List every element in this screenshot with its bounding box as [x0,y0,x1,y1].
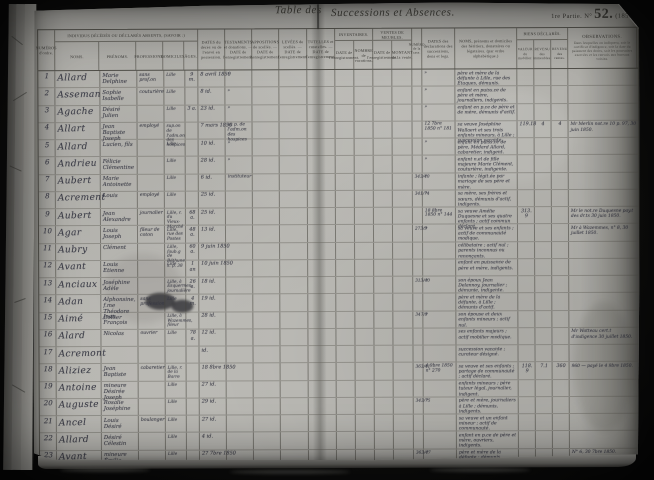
header-appositions: APPOSITIONS de scellés. — DATE de l'enre… [252,29,279,69]
cell-num: 13 [39,278,56,294]
cell-prof: couturière [137,88,164,104]
cell-test [226,260,253,276]
cell-decl [423,259,456,275]
cell-age [186,157,199,173]
cell-decl [423,242,456,258]
cell-case: 347∕9 [413,311,423,327]
cell-appo [252,105,279,121]
cell-obs: Mr à Wazemmes, n° 8, 30 juillet 1850. [569,224,638,241]
cell-ven_d [375,467,394,480]
cell-lev [279,87,307,103]
cell-inv_n [355,173,374,189]
cell-nom: Andrieu [56,157,101,173]
cell-dd: 28 id. [199,312,226,328]
cell-nom: Allart [56,123,101,139]
cell-lev [280,139,308,155]
cell-case: 343∕40 [413,173,423,189]
cell-her: père et mère, journaliers à Lille ; dému… [457,397,519,414]
cell-dom: Lille [165,260,186,276]
cell-lev [280,156,308,172]
cell-inv_n [355,346,374,362]
cell-appo [253,329,280,345]
header-biens-rentes: REVENU des rentes. [551,40,568,68]
cell-tut [308,277,336,293]
cell-inv_d [336,156,355,172]
cell-ven_m [393,259,413,275]
cell-b3 [552,207,569,223]
cell-dom: sup.on de l'adm.on des hospices [165,122,186,138]
cell-dom: Lille [165,191,186,207]
cell-ven_d [375,432,394,448]
cell-age [186,191,199,207]
cell-decl [424,380,457,396]
cell-b3 [551,103,568,119]
cell-dd: 10 id. [199,139,226,155]
cell-decl [423,345,456,361]
cell-test: » [225,88,252,104]
cell-decl: 4 9bre 1850 n° 270 [424,363,457,379]
cell-prof: sans profession [138,295,165,311]
cell-inv_d [336,242,355,258]
cell-dd: id. [199,346,226,362]
cell-b1 [518,224,535,240]
cell-b3 [552,172,569,188]
cell-num: 19 [40,382,57,398]
cell-appo [254,398,281,414]
cell-lev [280,225,308,241]
cell-b3 [551,69,568,85]
cell-prof [137,105,164,121]
cell-pre: Nicolas [101,330,138,346]
cell-test [226,295,253,311]
cell-case [412,104,422,120]
group-individus-label: INDIVIDUS DÉCÉDÉS OU DÉCLARÉS ABSENTS, (… [55,30,197,43]
cell-b2 [535,328,552,344]
cell-b1 [517,86,534,102]
cell-b3 [553,397,570,413]
part-year: (1857.) [615,13,637,20]
cell-her: sa veuve et ses enfants ; actif de commu… [456,224,518,241]
cell-her: son épouse et deux enfants mineurs ; act… [456,311,518,328]
cell-b2 [536,380,553,396]
cell-nom: Ancel [57,416,102,432]
cell-inv_d [336,329,355,345]
scanned-register-page: Table des Successions et Absences. 1re P… [0,0,654,480]
cell-ven_m [393,208,413,224]
cell-prof: fileur de coton [138,226,165,242]
cell-nom: Aubry [56,244,101,260]
cell-obs [570,414,639,431]
cell-nom: Acremont [56,347,101,363]
cell-dd: 10 juin 1850 [199,260,226,276]
cell-her: son époux Jean Delannoy, journalier ; dé… [456,276,518,293]
cell-ven_d [375,363,394,379]
cell-b1: 118. 9 [519,362,536,378]
cell-inv_d [336,122,355,138]
cell-decl: » [423,311,456,327]
cell-dom: Lille [165,329,186,345]
cell-prof: sans prof.on [137,71,164,87]
cell-num: 8 [39,192,56,208]
cell-appo [254,363,281,379]
cell-b3 [552,259,569,275]
cell-nom: Agar [56,226,101,242]
cell-obs: Mr Merlin not.re 10 p. 97, 30 juin 1850. [569,120,638,137]
cell-dom: Lille, r. du Vieux-Marché [165,209,186,225]
cell-dom: Lille [165,140,186,156]
cell-dom: Lille [166,381,187,397]
cell-tut [307,87,335,103]
cell-num: 14 [39,295,56,311]
cell-obs [570,396,639,413]
page-title-left: Table des [275,4,322,16]
cell-b3: 4 [552,121,569,137]
cell-test [227,381,254,397]
cell-ven_m [394,415,414,431]
cell-ven_d [374,311,393,327]
cell-lev [281,398,309,414]
cell-b2 [535,224,552,240]
cell-b2 [534,86,551,102]
cell-inv_d [336,139,355,155]
cell-prof [138,278,165,294]
cell-appo [253,260,280,276]
cell-dd: 4 id. [200,433,227,449]
cell-dom: Lille, r. des Vieux-Hommes [166,467,187,480]
cell-pre: Louis Joseph [101,226,138,242]
cell-age: 26 a. [186,278,199,294]
cell-age [187,433,200,449]
cell-obs [568,69,637,86]
cell-inv_d [336,294,355,310]
cell-nom: Allard [56,140,101,156]
cell-b1 [518,276,535,292]
cell-dd: 12 id. [199,329,226,345]
cell-b1: 313. 9 [518,207,535,223]
cell-lev [280,294,308,310]
cell-dd: 25 id. [199,191,226,207]
cell-tut [308,139,336,155]
cell-num: 22 [40,433,57,449]
cell-dom: Lille [164,71,185,87]
page-title-right: Successions et Absences. [331,6,455,19]
cell-b1 [518,293,535,309]
cell-dd: 18 id. [199,277,226,293]
cell-pre: Joséphine Adèle [101,278,138,294]
cell-ven_d [375,398,394,414]
cell-ven_m [392,104,412,120]
cell-test: » [226,139,253,155]
cell-dom: Lille [165,174,186,190]
cell-ven_m [393,139,413,155]
cell-dom: Lille, à Esquermes, journalière [165,278,186,294]
cell-pre: Jean François [101,312,138,328]
cell-her: sa veuve Amélie Duquesne et ses quatre e… [456,207,518,224]
cell-age: 9 m. [185,71,198,87]
cell-obs [569,138,638,155]
cell-dd: 9 juin 1850 [199,243,226,259]
cell-inv_n [355,191,374,207]
cell-prof [138,347,165,363]
cell-age [186,140,199,156]
cell-obs [568,103,637,120]
cell-dd: 6 id. [199,174,226,190]
cell-ven_m [392,70,412,86]
cell-prof [138,260,165,276]
cell-ven_m [393,225,413,241]
cell-appo [254,381,281,397]
cell-dom: Lille, r. de la Barre [166,364,187,380]
cell-ven_m [392,87,412,103]
cell-prof [138,157,165,173]
header-noms: NOMS. [55,42,100,70]
cell-ven_d [374,346,393,362]
cell-lev [280,243,308,259]
cell-age: 68 a. [186,209,199,225]
cell-tut [308,329,336,345]
header-group-ventes: VENTES DE MEUBLES. DATE de l'enregistrem… [373,29,412,69]
cell-appo [254,432,281,448]
cell-lev [280,260,308,276]
cell-her: infante ; légit.ée par mariage de ses pè… [456,173,518,190]
header-dates-declarations: DATES des déclarations des successions, … [422,28,455,68]
cell-b2 [534,69,551,85]
cell-inv_d [335,104,354,120]
cell-inv_d [336,277,355,293]
cell-inv_d [336,260,355,276]
cell-ven_m [393,190,413,206]
cell-tut [309,398,337,414]
cell-nom: Auguste [57,399,102,415]
cell-ven_d [373,70,392,86]
cell-appo [253,225,280,241]
cell-test [227,467,254,480]
cell-her: sa veuve et ses enfants ; partage de com… [457,362,519,379]
cell-decl: 12 7bre 1850 n° 181 [423,121,456,137]
cell-dom: Lille [164,105,185,121]
cell-appo [252,87,279,103]
cell-inv_d [336,191,355,207]
cell-dd: 23 id. [198,105,225,121]
cell-dom: Lille [166,433,187,449]
cell-inv_n [354,70,373,86]
header-vente-date: DATE de l'enregistrement. [373,41,392,69]
cell-ven_m [394,397,414,413]
cell-case [414,432,424,448]
cell-b1 [518,155,535,171]
cell-obs: Mr le not.re Duquesne pay.t des dr.ts 30… [569,207,638,224]
cell-tut [308,174,336,190]
cell-b3 [552,293,569,309]
cell-b2 [536,397,553,413]
cell-case: 273∕9 [413,225,423,241]
cell-obs [569,310,638,327]
cell-b2 [535,259,552,275]
cell-dom: Lille, faub.g de Béthune s. p. 38 [165,243,186,259]
cell-b3: 360 [553,362,570,378]
cell-num: 18 [40,364,57,380]
cell-nom: Anciaux [56,278,101,294]
cell-test [226,329,253,345]
cell-ven_m [393,328,413,344]
cell-dom [165,347,186,363]
cell-appo [253,346,280,362]
cell-tut [308,294,336,310]
cell-pre: Sophie Isabelle [100,88,137,104]
cell-b3 [552,310,569,326]
cell-decl: » [423,138,456,154]
cell-pre: Louis [101,192,138,208]
cell-pre: Marie Antoinette [101,174,138,190]
cell-inv_n [354,87,373,103]
cell-b3 [552,276,569,292]
cell-ven_d [373,87,392,103]
cell-appo [253,208,280,224]
cell-inv_n [356,380,375,396]
cell-appo [254,415,281,431]
cell-obs [569,241,638,258]
cell-b1 [518,173,535,189]
cell-num: 16 [39,330,56,346]
cell-test [227,398,254,414]
cell-age: 3 a. [185,105,198,121]
cell-inv_n [355,208,374,224]
cell-b1 [518,345,535,361]
cell-b2 [535,155,552,171]
header-heritiers: NOMS, prénoms et domiciles des héritiers… [455,28,517,68]
cell-inv_n [355,311,374,327]
cell-b3 [553,379,570,395]
cell-obs [569,345,638,362]
cell-case [413,259,423,275]
cell-nom: Antoine [57,382,102,398]
cell-case [413,242,423,258]
cell-decl: » [423,276,456,292]
cell-b2 [536,431,553,447]
cell-inv_n [355,329,374,345]
cell-lev [280,277,308,293]
cell-age: 1 an [186,260,199,276]
cell-decl: 18 8bre 1850 n° 144 [423,207,456,223]
cell-prof [139,433,166,449]
cell-inv_n [354,104,373,120]
cell-b2 [534,104,551,120]
table-header: NUMÉROS d'ordre. INDIVIDUS DÉCÉDÉS OU DÉ… [38,28,638,72]
part-number: 52. [594,7,613,23]
cell-num: 6 [39,157,56,173]
cell-obs [569,258,638,275]
cell-test [226,312,253,328]
cell-nom: Adan [56,295,101,311]
cell-prof [138,174,165,190]
cell-lev [281,381,309,397]
cell-age [186,347,199,363]
cell-case [413,328,423,344]
cell-inv_d [336,311,355,327]
header-domiciles: DOMICILES. [163,42,184,70]
cell-prof: employé [138,122,165,138]
cell-b3 [551,86,568,102]
cell-ven_m [393,156,413,172]
cell-prof: cabaretier [139,364,166,380]
cell-obs: 960 — payé le 4 9bre 1850. [570,362,639,379]
cell-inv_n [356,398,375,414]
cell-appo [253,122,280,138]
cell-ven_m [394,466,414,480]
cell-prof [138,243,165,259]
cell-decl: » [424,397,457,413]
header-group-biens: BIENS DÉCLARÉS. VALEUR du mobilier. REVE… [517,28,568,68]
cell-b2 [535,190,552,206]
cell-dd: 8 id. [198,88,225,104]
cell-case [412,87,422,103]
header-biens-immeubles: REVENU des immeubles. [534,40,551,68]
cell-inv_d [336,225,355,241]
cell-test [226,277,253,293]
cell-lev [280,329,308,345]
cell-b2 [535,293,552,309]
cell-inv_d [337,380,356,396]
cell-nom: Aubert [56,209,101,225]
cell-ven_m [394,380,414,396]
cell-inv_n [355,260,374,276]
cell-age [187,381,200,397]
cell-her: ses enfants majeurs ; actif mobilier mod… [456,328,518,345]
cell-decl: » [423,156,456,172]
cell-appo [253,243,280,259]
cell-dd: 7 mars 1850 [199,122,226,138]
header-prenoms: PRÉNOMS. [100,42,137,70]
cell-case [412,70,422,86]
cell-ven_m [394,363,414,379]
cell-num: 5 [39,140,56,156]
cell-age [186,312,199,328]
cell-lev [280,122,308,138]
cell-prof [138,312,165,328]
cell-tut [308,191,336,207]
cell-ven_d [374,260,393,276]
cell-b3 [553,431,570,447]
cell-dd: 19 id. [199,295,226,311]
cell-case [413,294,423,310]
cell-test [227,415,254,431]
cell-b1 [519,397,536,413]
cell-age [187,364,200,380]
table-body: 1AllardMarie Delphinesans prof.onLille9 … [38,69,640,480]
cell-dom: Lille [165,157,186,173]
cell-tut [307,105,335,121]
cell-b1 [518,190,535,206]
cell-tut [307,70,335,86]
cell-nom: Acrement [56,192,101,208]
cell-test: » [225,70,252,86]
cell-ven_m [393,242,413,258]
cell-ven_m [393,173,413,189]
cell-ven_d [374,208,393,224]
cell-inv_d [337,398,356,414]
cell-decl: » [423,173,456,189]
cell-inv_d [337,415,356,431]
cell-inv_n [355,122,374,138]
cell-appo [253,191,280,207]
cell-case: 341∕74 [413,190,423,206]
cell-age [187,467,200,480]
part-label: 1re Partie. N° 52. (1857.) [537,7,637,23]
cell-her: père et mère de la défunte, à Lille ; dé… [456,293,518,310]
cell-b1 [518,259,535,275]
cell-lev [280,191,308,207]
cell-tut [309,363,337,379]
